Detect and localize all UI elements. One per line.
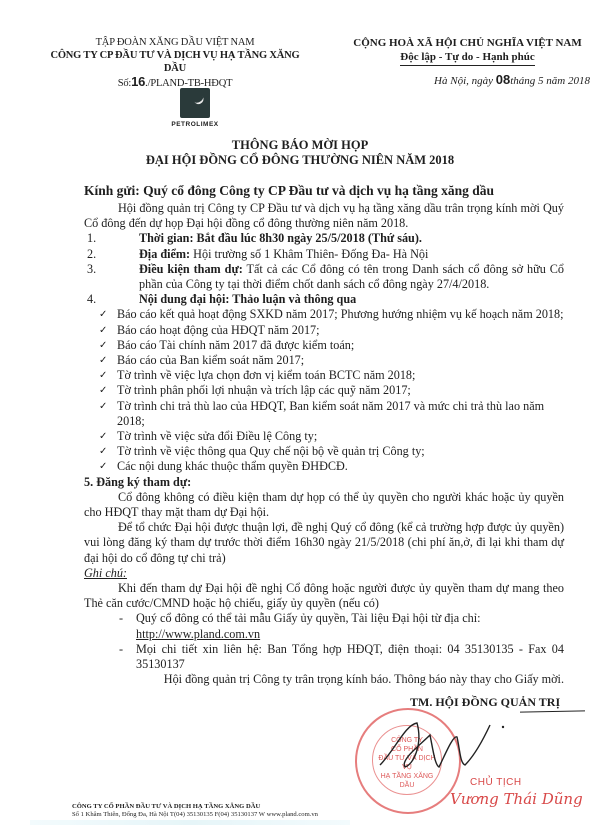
agenda-item-text: Báo cáo kết quả hoạt động SXKD năm 2017;… (117, 307, 564, 321)
agenda-item: ✓Báo cáo kết quả hoạt động SXKD năm 2017… (84, 307, 564, 322)
agenda-item: ✓Tờ trình chi trả thù lao của HĐQT, Ban … (84, 399, 564, 429)
issue-date: Hà Nội, ngày 08tháng 5 năm 2018 (380, 72, 590, 87)
document-number: Số:16./PLAND-TB-HĐQT (40, 75, 310, 90)
agenda-item: ✓Các nội dung khác thuộc thẩm quyền ĐHĐC… (84, 459, 564, 474)
footer-address: Số 1 Khâm Thiên, Đống Đa, Hà Nội T(04) 3… (72, 811, 318, 819)
doc-no: 16 (131, 74, 145, 89)
checkmark-icon: ✓ (99, 368, 107, 383)
website-link[interactable]: http://www.pland.com.vn (136, 627, 260, 641)
item-agenda: 4.Nội dung đại hội: Thảo luận và thông q… (84, 292, 564, 307)
document-title: THÔNG BÁO MỜI HỌP (0, 138, 600, 153)
item-number: 2. (87, 247, 96, 262)
agenda-item: ✓Báo cáo của Ban kiểm soát năm 2017; (84, 353, 564, 368)
document-body: Hội đồng quản trị Công ty CP Đầu tư và d… (84, 201, 564, 688)
agenda-item: ✓Tờ trình về việc lựa chọn đơn vị kiểm t… (84, 368, 564, 383)
date-prefix: Hà Nội, ngày (434, 75, 496, 87)
item-number: 3. (87, 262, 96, 277)
closing-line: Hội đồng quản trị Công ty trân trọng kín… (84, 672, 564, 687)
bullet-text: Mọi chi tiết xin liên hệ: Ban Tổng hợp H… (136, 642, 564, 671)
checkmark-icon: ✓ (99, 399, 107, 414)
national-motto: Độc lập - Tự do - Hạnh phúc (400, 50, 534, 66)
checkmark-icon: ✓ (99, 459, 107, 474)
item-label: Thời gian: Bắt đầu lúc 8h30 ngày 25/5/20… (139, 231, 422, 245)
signatory-name: Vương Thái Dũng (450, 790, 583, 808)
agenda-item-text: Tờ trình về việc lựa chọn đơn vị kiểm to… (117, 368, 415, 382)
checkmark-icon: ✓ (99, 307, 107, 322)
agenda-item: ✓Tờ trình về việc sửa đổi Điều lệ Công t… (84, 429, 564, 444)
registration-para-1: Cổ đông không có điều kiện tham dự họp c… (84, 490, 564, 520)
checkmark-icon: ✓ (99, 444, 107, 459)
item-label: Nội dung đại hội: Thảo luận và thông qua (139, 292, 356, 306)
greeting: Kính gửi: Quý cổ đông Công ty CP Đầu tư … (84, 183, 494, 199)
checkmark-icon: ✓ (99, 429, 107, 444)
registration-heading-text: 5. Đăng ký tham dự: (84, 475, 191, 489)
checkmark-icon: ✓ (99, 353, 107, 368)
item-label: Điều kiện tham dự: (139, 262, 243, 276)
footer-band (30, 820, 350, 825)
agenda-list: ✓Báo cáo kết quả hoạt động SXKD năm 2017… (84, 307, 564, 474)
notes-paragraph: Khi đến tham dự Đại hội đề nghị Cổ đông … (84, 581, 564, 611)
agenda-item-text: Tờ trình về việc sửa đổi Điều lệ Công ty… (117, 429, 317, 443)
footer: CÔNG TY CỔ PHẦN ĐẦU TƯ VÀ DỊCH HẠ TẦNG X… (72, 803, 318, 819)
agenda-item-text: Tờ trình phân phối lợi nhuận và trích lậ… (117, 383, 411, 397)
item-location: 2.Địa điểm: Hội trường số 1 Khâm Thiên- … (84, 247, 564, 262)
group-name: TẬP ĐOÀN XĂNG DẦU VIỆT NAM (40, 36, 310, 49)
document-subtitle: ĐẠI HỘI ĐỒNG CỔ ĐÔNG THƯỜNG NIÊN NĂM 201… (0, 153, 600, 168)
checkmark-icon: ✓ (99, 338, 107, 353)
agenda-item-text: Báo cáo hoạt động của HĐQT năm 2017; (117, 323, 320, 337)
doc-no-prefix: Số: (118, 78, 131, 89)
signatory-role: CHỦ TỊCH (470, 777, 522, 788)
bullet-text: Quý cổ đông có thể tải mẫu Giấy ủy quyền… (136, 611, 481, 625)
item-text: Hội trường số 1 Khâm Thiên- Đống Đa- Hà … (190, 247, 428, 261)
agenda-item-text: Tờ trình chi trả thù lao của HĐQT, Ban k… (117, 399, 544, 428)
national-header: CỘNG HOÀ XÃ HỘI CHỦ NGHĨA VIỆT NAM Độc l… (350, 36, 585, 66)
agenda-item: ✓Tờ trình về việc thông qua Quy chế nội … (84, 444, 564, 459)
notes-heading: Ghi chú: (84, 566, 564, 581)
dash-bullet: - (119, 642, 123, 657)
intro-paragraph: Hội đồng quản trị Công ty CP Đầu tư và d… (84, 201, 564, 231)
notes-bullet-download: -Quý cổ đông có thể tải mẫu Giấy ủy quyề… (84, 611, 564, 641)
agenda-item-text: Các nội dung khác thuộc thẩm quyền ĐHĐCĐ… (117, 459, 348, 473)
item-number: 4. (87, 292, 96, 307)
notes-heading-text: Ghi chú: (84, 566, 127, 580)
signatory-title: TM. HỘI ĐỒNG QUẢN TRỊ (410, 695, 560, 710)
footer-company: CÔNG TY CỔ PHẦN ĐẦU TƯ VÀ DỊCH HẠ TẦNG X… (72, 803, 318, 811)
issuer-header: TẬP ĐOÀN XĂNG DẦU VIỆT NAM CÔNG TY CP ĐẦ… (40, 36, 310, 90)
agenda-item-text: Báo cáo Tài chính năm 2017 đã được kiểm … (117, 338, 354, 352)
item-number: 1. (87, 231, 96, 246)
item-label: Địa điểm: (139, 247, 190, 261)
checkmark-icon: ✓ (99, 323, 107, 338)
agenda-item: ✓Báo cáo Tài chính năm 2017 đã được kiểm… (84, 338, 564, 353)
registration-para-2: Để tổ chức Đại hội được thuận lợi, đề ng… (84, 520, 564, 566)
checkmark-icon: ✓ (99, 383, 107, 398)
date-day: 08 (496, 72, 510, 87)
signature-underline (520, 710, 585, 712)
item-conditions: 3.Điều kiện tham dự: Tất cả các Cổ đông … (84, 262, 564, 292)
registration-heading: 5. Đăng ký tham dự: (84, 475, 564, 490)
agenda-item: ✓Tờ trình phân phối lợi nhuận và trích l… (84, 383, 564, 398)
agenda-item-text: Tờ trình về việc thông qua Quy chế nội b… (117, 444, 425, 458)
notes-bullet-contact: -Mọi chi tiết xin liên hệ: Ban Tổng hợp … (84, 642, 564, 672)
agenda-item-text: Báo cáo của Ban kiểm soát năm 2017; (117, 353, 304, 367)
logo-text: PETROLIMEX (165, 121, 225, 128)
item-time: 1.Thời gian: Bắt đầu lúc 8h30 ngày 25/5/… (84, 231, 564, 246)
handwritten-signature-icon (375, 715, 525, 775)
country-name: CỘNG HOÀ XÃ HỘI CHỦ NGHĨA VIỆT NAM (350, 36, 585, 50)
company-name: CÔNG TY CP ĐẦU TƯ VÀ DỊCH VỤ HẠ TẦNG XĂN… (40, 49, 310, 75)
dash-bullet: - (119, 611, 123, 626)
petrolimex-logo-icon (180, 88, 210, 118)
agenda-item: ✓Báo cáo hoạt động của HĐQT năm 2017; (84, 323, 564, 338)
date-suffix: tháng 5 năm 2018 (510, 75, 590, 87)
